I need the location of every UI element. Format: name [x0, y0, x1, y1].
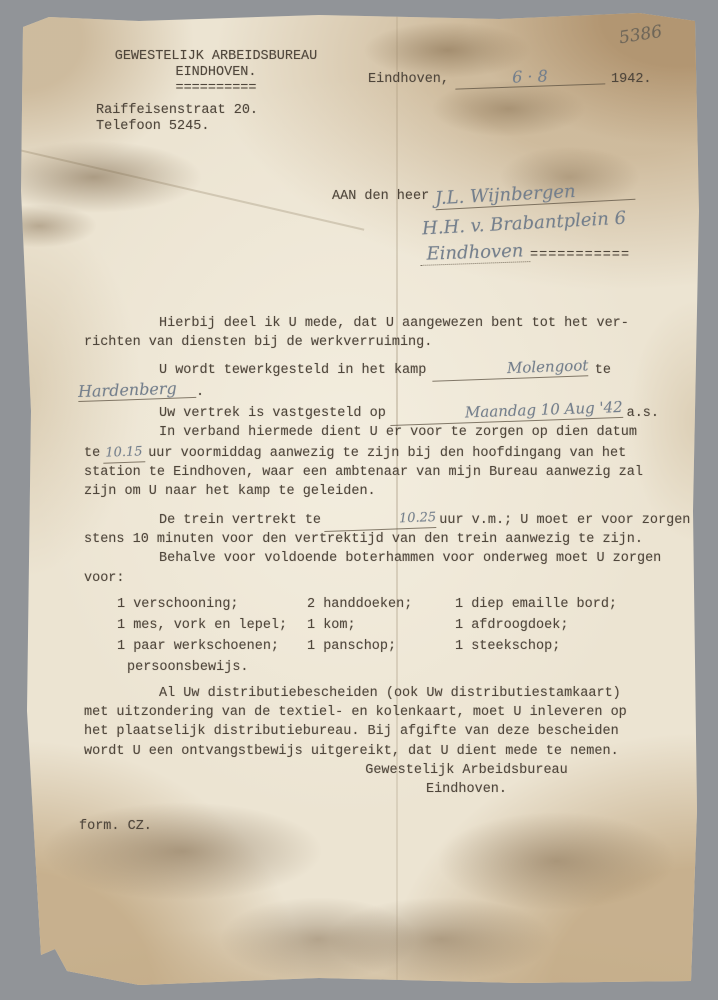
dateline-year: 1942.: [611, 72, 652, 87]
body-line: Al Uw distributiebescheiden (ook Uw dist…: [84, 684, 664, 703]
body-line: stens 10 minuten voor den vertrektijd va…: [84, 530, 664, 549]
scanned-letter-page: { "document": { "archive_number": "5386"…: [0, 0, 718, 1000]
dateline: Eindhoven,6 · 81942.: [368, 67, 652, 87]
supplies-item: 1 mes, vork en lepel;: [117, 615, 307, 636]
body-line: met uitzondering van de textiel- en kole…: [84, 703, 664, 722]
body-line: zijn om U naar het kamp te geleiden.: [84, 482, 664, 501]
addressee-salutation: AAN den heer: [332, 189, 429, 204]
supplies-list: 1 verschooning; 2 handdoeken; 1 diep ema…: [84, 594, 664, 678]
form-code: form. CZ.: [79, 819, 152, 834]
body-line: het plaatselijk distributiebureau. Bij a…: [84, 722, 664, 741]
body-line: De trein vertrekt te10.25uur v.m.; U moe…: [84, 510, 664, 530]
body-line: voor:: [84, 569, 664, 588]
body-line: Hierbij deel ik U mede, dat U aangewezen…: [84, 314, 664, 333]
letterhead: GEWESTELIJK ARBEIDSBUREAU EINDHOVEN. ===…: [96, 49, 336, 135]
body-text: De trein vertrekt te: [159, 513, 321, 528]
addressee-city-rule: ===========: [530, 248, 630, 263]
letterhead-org-name: GEWESTELIJK ARBEIDSBUREAU: [96, 49, 336, 65]
letter-body: Hierbij deel ik U mede, dat U aangewezen…: [84, 314, 664, 800]
signature-block: Gewestelijk Arbeidsbureau Eindhoven.: [364, 761, 569, 800]
body-line: wordt U een ontvangstbewijs uitgereikt, …: [84, 742, 664, 761]
dateline-handwritten-date: 6 · 8: [455, 64, 606, 89]
letterhead-phone: Telefoon 5245.: [96, 119, 336, 135]
body-text: te: [595, 363, 611, 378]
addressee-city-handwritten: Eindhoven: [420, 240, 531, 266]
body-line: U wordt tewerkgesteld in het kampMolengo…: [84, 359, 664, 380]
supplies-item: [307, 657, 455, 678]
diagonal-crease: [19, 143, 364, 230]
letterhead-address: Raiffeisenstraat 20.: [96, 103, 336, 119]
body-line: richten van diensten bij de werkverruimi…: [84, 333, 664, 352]
supplies-item: 1 verschooning;: [117, 594, 307, 615]
supplies-item: persoonsbewijs.: [117, 657, 307, 678]
letterhead-rule: ==========: [96, 81, 336, 97]
supplies-item: 1 panschop;: [307, 636, 455, 657]
camp-town-handwritten: Hardenberg: [78, 378, 197, 402]
train-time-handwritten: 10.25: [324, 508, 437, 532]
body-line: te10.15uur voormiddag aanwezig te zijn b…: [84, 443, 664, 463]
camp-name-handwritten: Molengoot: [432, 356, 589, 382]
signature-org: Gewestelijk Arbeidsbureau: [364, 761, 569, 780]
supplies-item: 1 diep emaille bord;: [455, 594, 664, 615]
body-text: Uw vertrek is vastgesteld op: [159, 406, 386, 421]
meeting-time-handwritten: 10.15: [103, 442, 146, 464]
body-text: te: [84, 446, 100, 461]
letterhead-org-city: EINDHOVEN.: [96, 65, 336, 81]
dateline-place: Eindhoven,: [368, 72, 449, 87]
supplies-item: 1 steekschop;: [455, 636, 664, 657]
body-line: station te Eindhoven, waar een ambtenaar…: [84, 463, 664, 482]
letter-paper: 5386 GEWESTELIJK ARBEIDSBUREAU EINDHOVEN…: [19, 11, 699, 988]
body-line: Behalve voor voldoende boterhammen voor …: [84, 549, 664, 568]
supplies-item: 2 handdoeken;: [307, 594, 455, 615]
body-line: Uw vertrek is vastgesteld opMaandag 10 A…: [84, 402, 664, 423]
body-line: In verband hiermede dient U er voor te z…: [84, 423, 664, 442]
supplies-item: 1 paar werkschoenen;: [117, 636, 307, 657]
supplies-item: 1 kom;: [307, 615, 455, 636]
addressee-block: AAN den heerJ.L. Wijnbergen H.H. v. Brab…: [332, 183, 635, 264]
body-text: a.s.: [627, 406, 659, 421]
body-text: U wordt tewerkgesteld in het kamp: [159, 363, 426, 378]
body-text: .: [196, 385, 204, 400]
signature-place: Eindhoven.: [364, 780, 569, 799]
archive-number-pencil: 5386: [618, 22, 664, 49]
departure-date-handwritten: Maandag 10 Aug '42: [390, 398, 623, 426]
body-text: uur voormiddag aanwezig te zijn bij den …: [148, 446, 626, 461]
supplies-item: 1 afdroogdoek;: [455, 615, 664, 636]
body-text: uur v.m.; U moet er voor zorgen min-: [439, 513, 699, 528]
supplies-item: [455, 657, 664, 678]
